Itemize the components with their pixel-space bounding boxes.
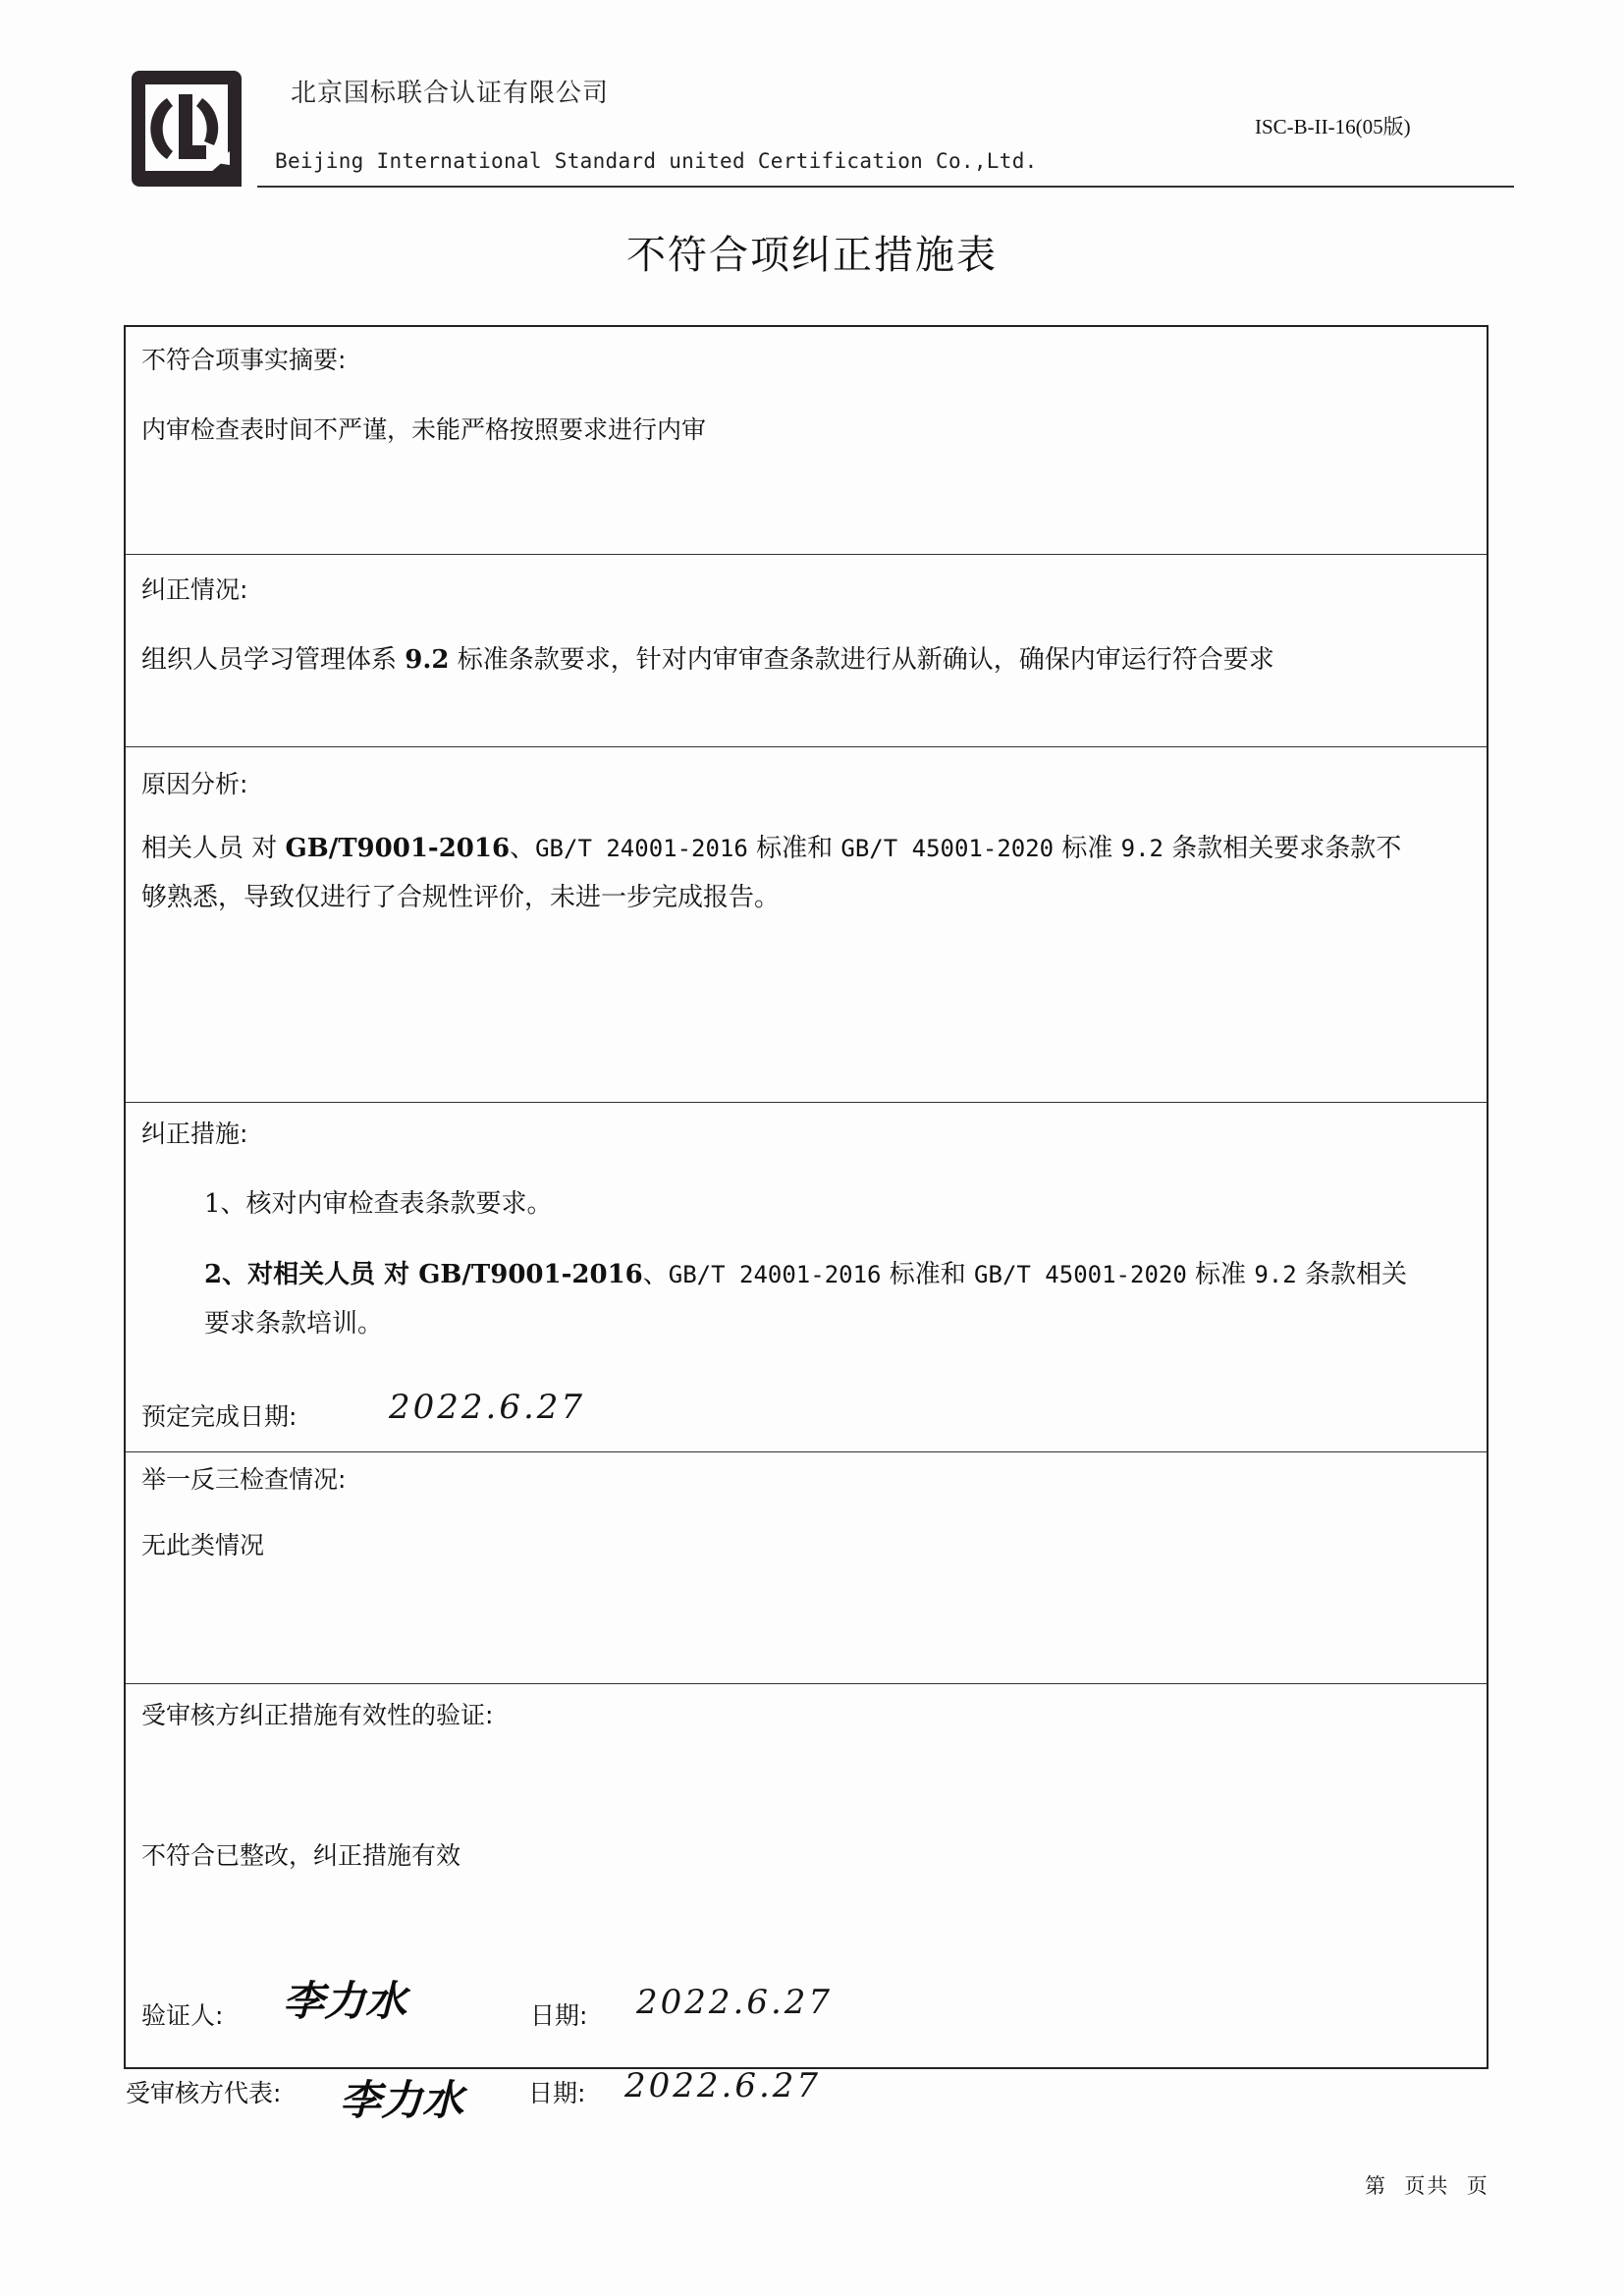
correction-text: 组织人员学习管理体系 9.2 标准条款要求，针对内审审查条款进行从新确认，确保内… bbox=[141, 635, 1274, 684]
correction-text-part: 标准条款要求，针对内审审查条款进行从新确认，确保内审运行符合要求 bbox=[450, 645, 1274, 675]
rep-label: 受审核方代表: bbox=[126, 2074, 281, 2109]
standard-ref: GB/T 24001-2016 bbox=[535, 835, 748, 862]
page-number: 第 页共 页 bbox=[1365, 2170, 1489, 2200]
company-logo-icon bbox=[128, 67, 245, 191]
text-part: 、 bbox=[643, 1260, 669, 1289]
clause-number: 9.2 bbox=[1254, 1261, 1296, 1288]
form-table: 不符合项事实摘要: 内审检查表时间不严谨，未能严格按照要求进行内审 纠正情况: … bbox=[124, 325, 1489, 2069]
verification-date-value: 2022.6.27 bbox=[636, 1983, 833, 2022]
section-correction: 纠正情况: 组织人员学习管理体系 9.2 标准条款要求，针对内审审查条款进行从新… bbox=[126, 555, 1487, 747]
text-part: 标准 bbox=[1054, 834, 1121, 863]
verification-date-label: 日期: bbox=[530, 1996, 587, 2032]
standard-ref: GB/T9001-2016 bbox=[418, 1260, 643, 1289]
standard-ref: GB/T 24001-2016 bbox=[669, 1261, 882, 1288]
section-extension-check: 举一反三检查情况: 无此类情况 bbox=[126, 1452, 1487, 1684]
measure-item-2-line-2: 要求条款培训。 bbox=[204, 1299, 1481, 1348]
company-name-en: Beijing International Standard united Ce… bbox=[275, 149, 1038, 173]
rep-signature: 李力水 bbox=[340, 2068, 463, 2127]
rep-date-label: 日期: bbox=[528, 2074, 585, 2109]
measures-label: 纠正措施: bbox=[141, 1115, 247, 1150]
due-date-value: 2022.6.27 bbox=[389, 1388, 585, 1427]
text-part: 条款相关要求条款不 bbox=[1164, 834, 1401, 863]
text-part: 标准 bbox=[1187, 1260, 1255, 1289]
cause-text: 相关人员 对 GB/T9001-2016、GB/T 24001-2016 标准和… bbox=[141, 824, 1477, 922]
measure-item-1: 1、核对内审检查表条款要求。 bbox=[204, 1179, 553, 1229]
rep-date-value: 2022.6.27 bbox=[624, 2066, 821, 2105]
verification-label: 受审核方纠正措施有效性的验证: bbox=[141, 1696, 493, 1731]
text-part: 标准和 bbox=[748, 834, 841, 863]
text-part: 2、对相关人员 对 bbox=[204, 1260, 418, 1289]
clause-number: 9.2 bbox=[405, 645, 449, 675]
page-title: 不符合项纠正措施表 bbox=[0, 224, 1624, 280]
cause-line-1: 相关人员 对 GB/T9001-2016、GB/T 24001-2016 标准和… bbox=[141, 824, 1477, 873]
header-divider bbox=[257, 186, 1514, 188]
due-date-label: 预定完成日期: bbox=[141, 1397, 297, 1433]
extension-text: 无此类情况 bbox=[141, 1521, 264, 1570]
section-cause: 原因分析: 相关人员 对 GB/T9001-2016、GB/T 24001-20… bbox=[126, 747, 1487, 1103]
section-summary: 不符合项事实摘要: 内审检查表时间不严谨，未能严格按照要求进行内审 bbox=[126, 327, 1487, 555]
text-part: 、 bbox=[510, 834, 535, 863]
verification-text: 不符合已整改，纠正措施有效 bbox=[141, 1831, 460, 1881]
text-part: 标准和 bbox=[882, 1260, 975, 1289]
company-name-cn: 北京国标联合认证有限公司 bbox=[291, 73, 609, 109]
text-part: 条款相关 bbox=[1297, 1260, 1407, 1289]
verifier-label: 验证人: bbox=[141, 1996, 223, 2032]
clause-number: 9.2 bbox=[1121, 835, 1164, 862]
standard-ref: GB/T9001-2016 bbox=[286, 834, 511, 863]
extension-label: 举一反三检查情况: bbox=[141, 1460, 346, 1496]
correction-label: 纠正情况: bbox=[141, 571, 247, 606]
section-verification: 受审核方纠正措施有效性的验证: 不符合已整改，纠正措施有效 验证人: 李力水 日… bbox=[126, 1684, 1487, 2069]
summary-label: 不符合项事实摘要: bbox=[141, 341, 346, 376]
section-measures: 纠正措施: 1、核对内审检查表条款要求。 2、对相关人员 对 GB/T9001-… bbox=[126, 1103, 1487, 1452]
standard-ref: GB/T 45001-2020 bbox=[840, 835, 1054, 862]
cause-label: 原因分析: bbox=[141, 765, 247, 800]
cause-line-2: 够熟悉，导致仅进行了合规性评价，未进一步完成报告。 bbox=[141, 873, 1477, 922]
form-code: ISC-B-II-16(05版) bbox=[1255, 111, 1411, 140]
correction-text-part: 组织人员学习管理体系 bbox=[141, 645, 405, 675]
measure-item-2: 2、对相关人员 对 GB/T9001-2016、GB/T 24001-2016 … bbox=[204, 1250, 1481, 1348]
standard-ref: GB/T 45001-2020 bbox=[974, 1261, 1187, 1288]
text-part: 相关人员 对 bbox=[141, 834, 286, 863]
verifier-signature: 李力水 bbox=[283, 1969, 406, 2028]
summary-text: 内审检查表时间不严谨，未能严格按照要求进行内审 bbox=[141, 406, 706, 455]
